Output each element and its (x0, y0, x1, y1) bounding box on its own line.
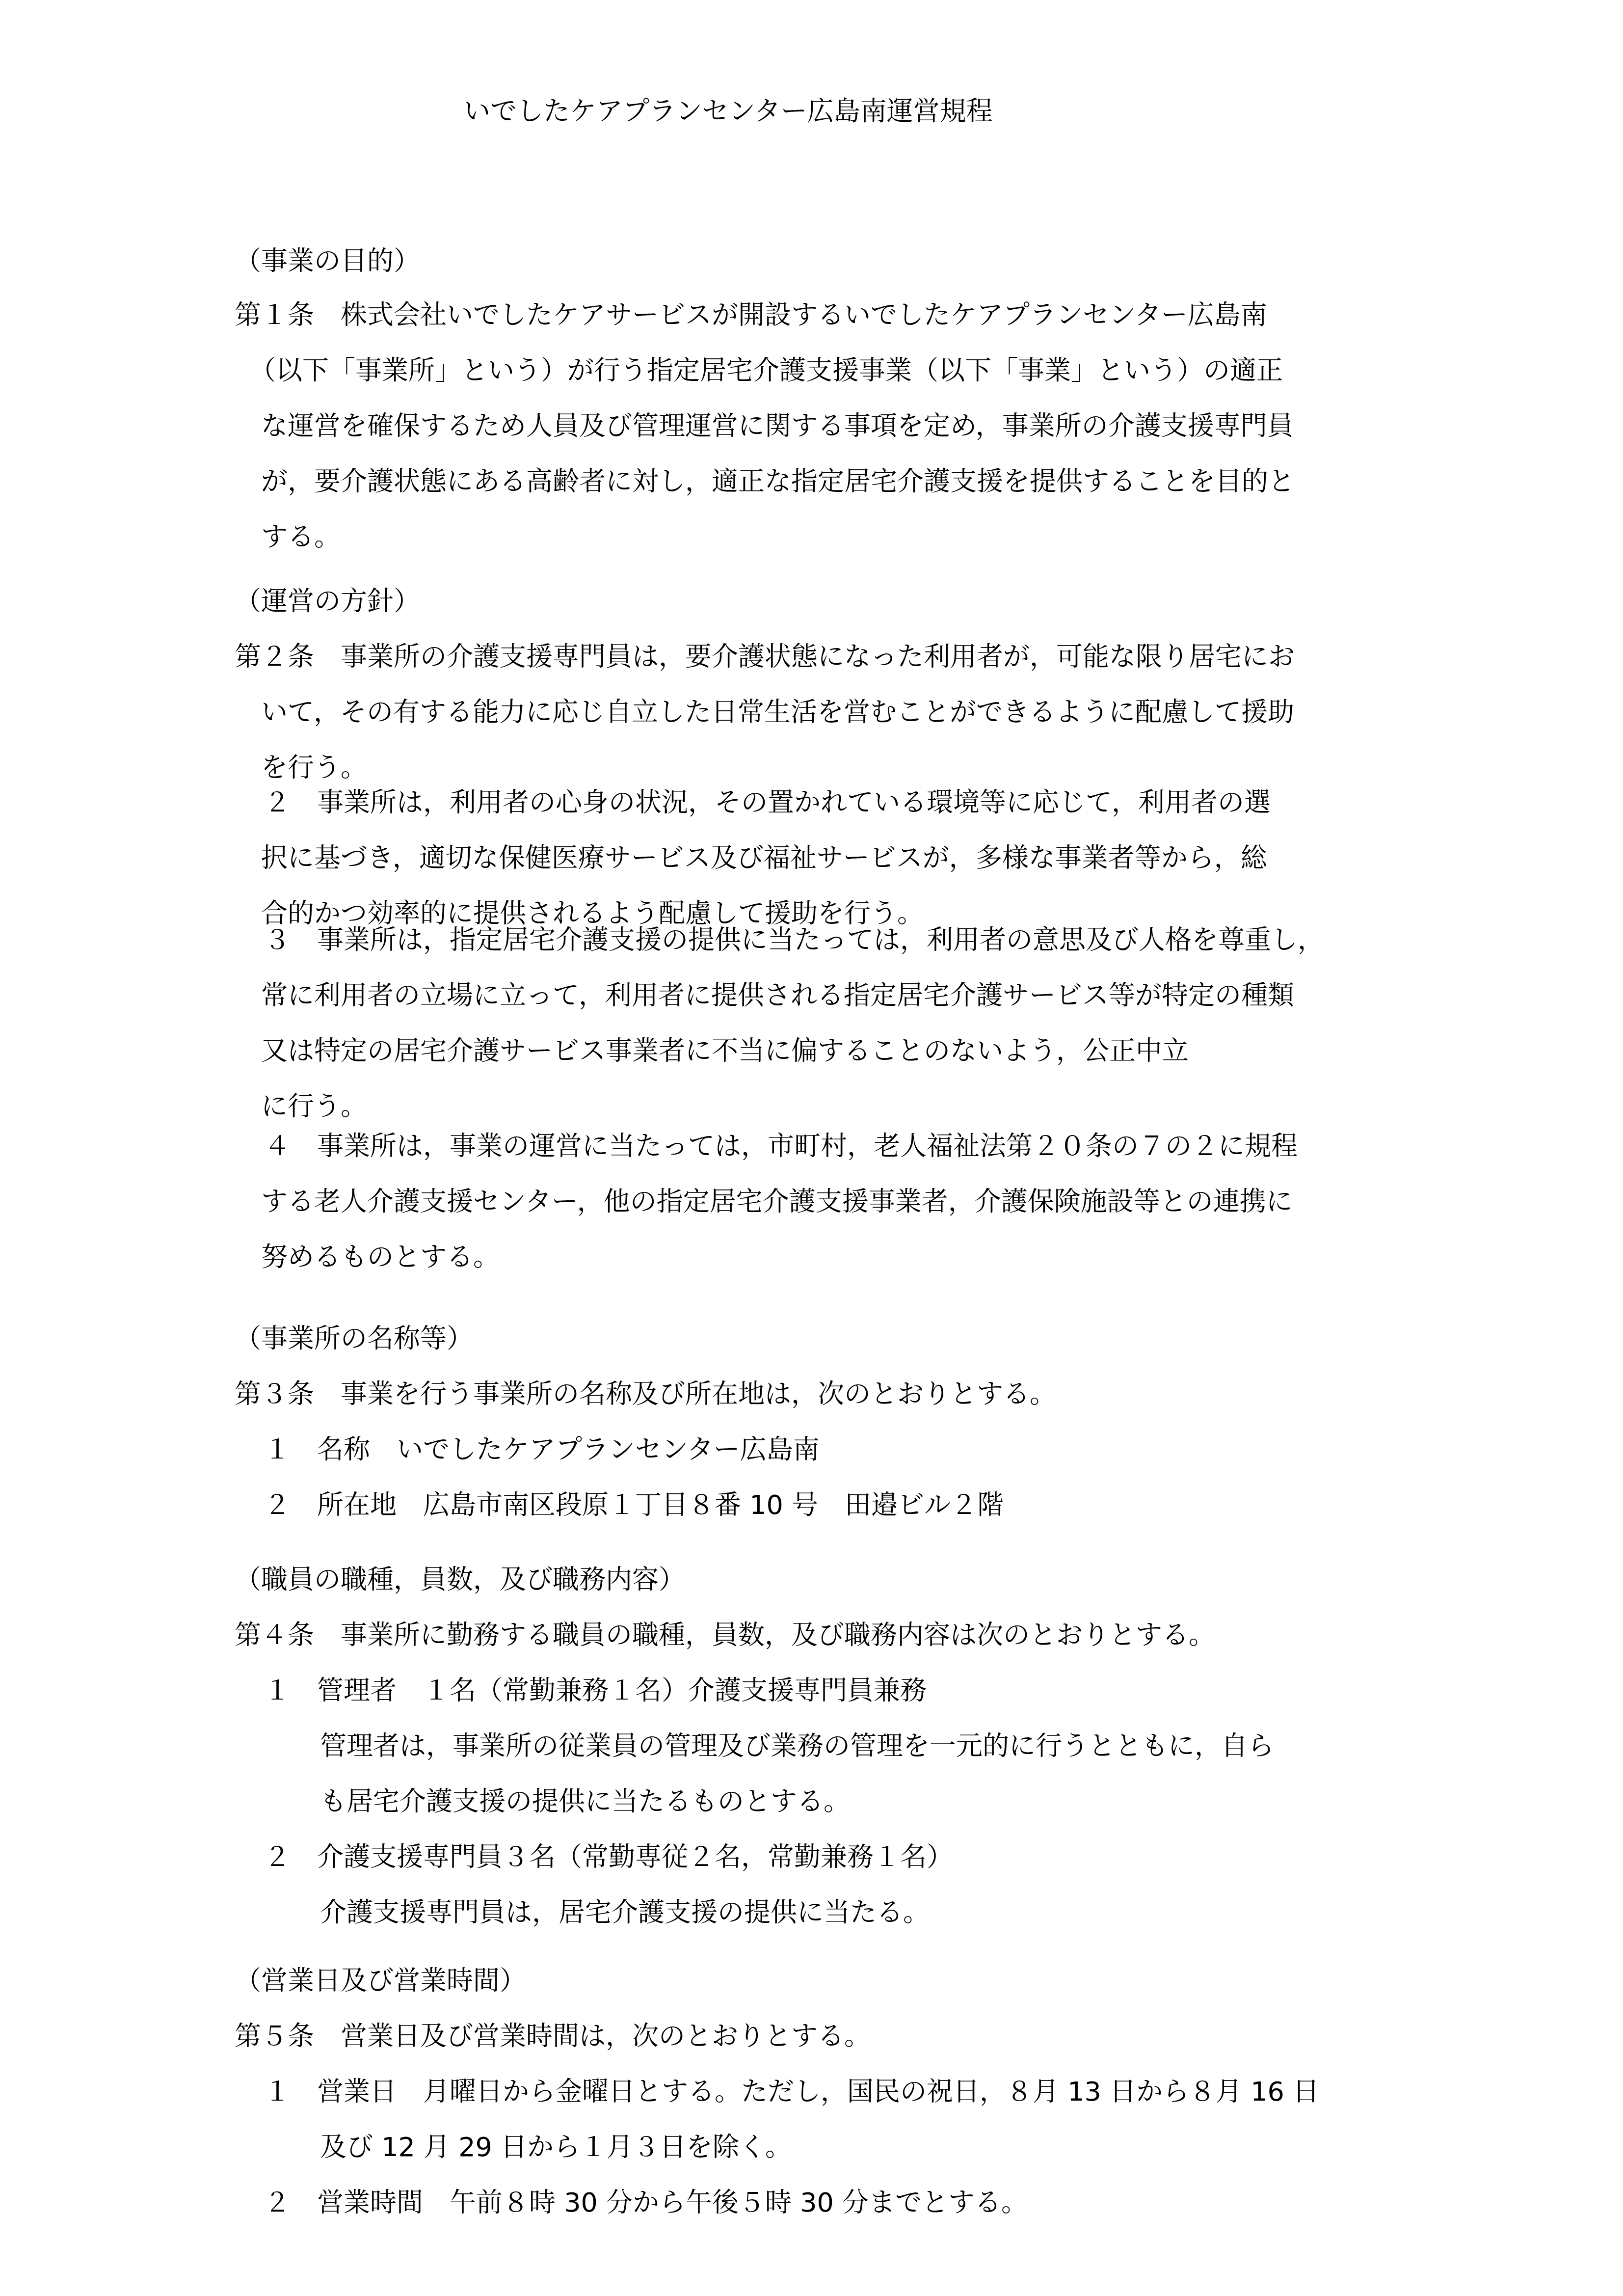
article-4-item-1-desc-1: 管理者は，事業所の従業員の管理及び業務の管理を一元的に行うとともに，自ら (320, 1729, 1274, 1763)
section-heading-business-hours: （営業日及び営業時間） (235, 1964, 526, 1998)
document-title: いでしたケアプランセンター広島南運営規程 (464, 94, 993, 129)
article-2-para-2-line-1: ２ 事業所は，利用者の心身の状況，その置かれている環境等に応じて，利用者の選 (264, 785, 1271, 820)
article-3-line-1: 第３条 事業を行う事業所の名称及び所在地は，次のとおりとする。 (235, 1377, 1056, 1411)
article-4-item-2: ２ 介護支援専門員３名（常勤専従２名，常勤兼務１名） (264, 1840, 953, 1874)
article-4-item-1: １ 管理者 １名（常勤兼務１名）介護支援専門員兼務 (264, 1674, 927, 1708)
article-2-para-3-line-4: に行う。 (261, 1089, 367, 1124)
article-3-item-1: １ 名称 いでしたケアプランセンター広島南 (264, 1432, 820, 1467)
document-page: いでしたケアプランセンター広島南運営規程 （事業の目的） 第１条 株式会社いでし… (0, 0, 1623, 2296)
article-4-line-1: 第４条 事業所に勤務する職員の職種，員数，及び職務内容は次のとおりとする。 (235, 1618, 1215, 1652)
article-5-item-1: １ 営業日 月曜日から金曜日とする。ただし，国民の祝日，８月 13 日から８月 … (264, 2075, 1319, 2109)
article-5-item-2: ２ 営業時間 午前８時 30 分から午後５時 30 分までとする。 (264, 2186, 1028, 2220)
article-4-item-1-desc-2: も居宅介護支援の提供に当たるものとする。 (320, 1784, 850, 1819)
article-2-para-3-line-1: ３ 事業所は，指定居宅介護支援の提供に当たっては，利用者の意思及び人格を尊重し， (264, 923, 1324, 957)
article-1-line-1: 第１条 株式会社いでしたケアサービスが開設するいでしたケアプランセンター広島南 (235, 298, 1267, 332)
article-2-line-3: を行う。 (261, 751, 367, 785)
section-heading-purpose: （事業の目的） (235, 244, 420, 278)
article-3-item-2: ２ 所在地 広島市南区段原１丁目８番 10 号 田邉ビル２階 (264, 1488, 1004, 1522)
article-1-line-4: が，要介護状態にある高齢者に対し，適正な指定居宅介護支援を提供することを目的と (261, 464, 1295, 499)
article-2-para-3-line-3: 又は特定の居宅介護サービス事業者に不当に偏することのないよう，公正中立 (261, 1034, 1189, 1068)
article-2-para-3-line-2: 常に利用者の立場に立って，利用者に提供される指定居宅介護サービス等が特定の種類 (261, 978, 1294, 1013)
article-2-para-4-line-2: する老人介護支援センター，他の指定居宅介護支援事業者，介護保険施設等との連携に (261, 1185, 1293, 1219)
article-2-line-1: 第２条 事業所の介護支援専門員は，要介護状態になった利用者が，可能な限り居宅にお (235, 640, 1295, 674)
section-heading-office-name: （事業所の名称等） (235, 1322, 473, 1356)
article-5-line-1: 第５条 営業日及び営業時間は，次のとおりとする。 (235, 2019, 871, 2053)
article-1-line-3: な運営を確保するため人員及び管理運営に関する事項を定め，事業所の介護支援専門員 (261, 409, 1294, 443)
article-2-para-4-line-1: ４ 事業所は，事業の運営に当たっては，市町村，老人福祉法第２０条の７の２に規程 (264, 1129, 1298, 1163)
article-5-item-1-cont: 及び 12 月 29 日から１月３日を除く。 (320, 2130, 792, 2164)
article-1-line-2: （以下「事業所」という）が行う指定居宅介護支援事業（以下「事業」という）の適正 (249, 353, 1283, 388)
section-heading-staff: （職員の職種，員数，及び職務内容） (235, 1563, 685, 1597)
section-heading-policy: （運営の方針） (235, 584, 420, 619)
article-1-line-5: する。 (261, 520, 341, 554)
article-2-line-2: いて，その有する能力に応じ自立した日常生活を営むことができるように配慮して援助 (261, 695, 1294, 729)
article-2-para-4-line-3: 努めるものとする。 (261, 1240, 500, 1274)
article-4-item-2-desc: 介護支援専門員は，居宅介護支援の提供に当たる。 (320, 1895, 930, 1930)
article-2-para-2-line-2: 択に基づき，適切な保健医療サービス及び福祉サービスが，多様な事業者等から，総 (261, 841, 1267, 875)
